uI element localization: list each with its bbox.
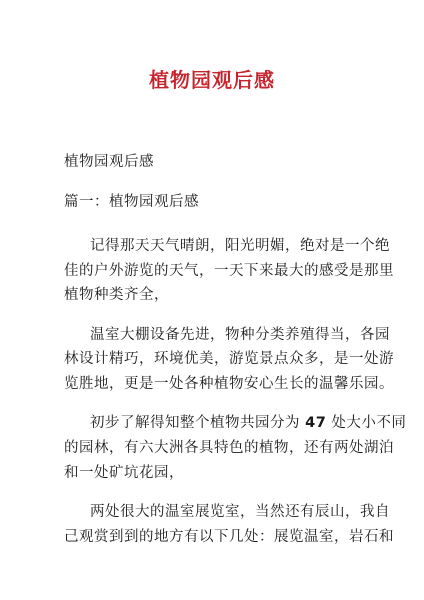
paragraph-line: 览胜地，更是一处各种植物安心生长的温馨乐园。 (64, 372, 394, 393)
paragraph-line: 己观赏到到的地方有以下几处：展览温室，岩石和 (64, 525, 394, 546)
section-heading: 篇一：植物园观后感 (64, 190, 199, 211)
paragraph-line: 初步了解得知整个植物共园分为 47 处大小不同 (90, 411, 406, 432)
paragraph-line: 林设计精巧，环境优美，游览景点众多，是一处游 (64, 347, 394, 368)
paragraph-line: 两处很大的温室展览室，当然还有辰山，我自 (90, 500, 390, 521)
garden-count: 47 (305, 415, 326, 431)
paragraph-line: 和一处矿坑花园， (64, 461, 184, 482)
paragraph-line: 佳的户外游览的天气，一天下来最大的感受是那里 (64, 259, 394, 280)
paragraph-line: 的园林，有六大洲各具特色的植物，还有两处湖泊 (64, 436, 394, 457)
paragraph-line: 记得那天天气晴朗，阳光明媚，绝对是一个绝 (90, 234, 390, 255)
subtitle: 植物园观后感 (64, 150, 154, 171)
paragraph-line: 温室大棚设备先进，物种分类养殖得当，各园 (90, 323, 390, 344)
text-segment: 处大小不同 (326, 415, 406, 431)
page-title: 植物园观后感 (0, 64, 424, 93)
text-segment: 初步了解得知整个植物共园分为 (90, 415, 305, 431)
paragraph-line: 植物种类齐全， (64, 283, 169, 304)
